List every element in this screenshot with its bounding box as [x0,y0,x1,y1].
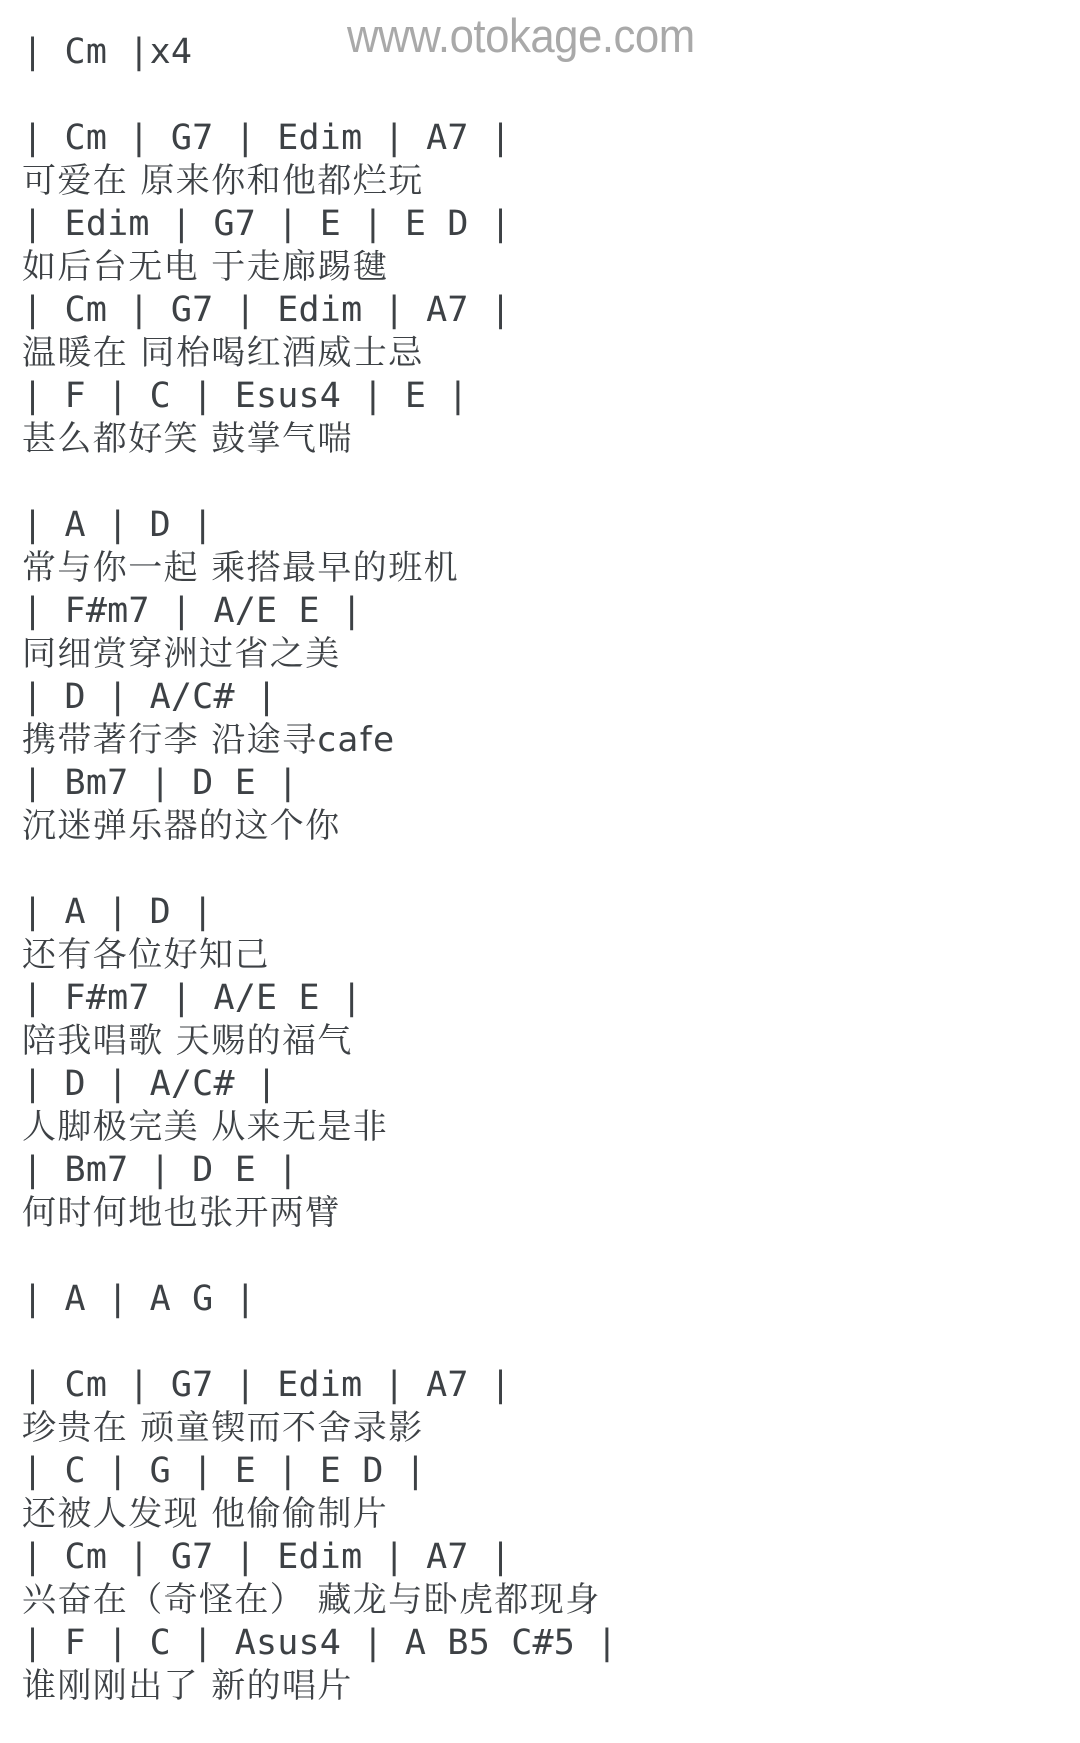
chord-line: | A | D | [22,891,618,934]
lyric-line: 珍贵在 顽童锲而不舍录影 [22,1407,618,1450]
lyric-line: 还被人发现 他偷偷制片 [22,1493,618,1536]
lyric-line: 陪我唱歌 天赐的福气 [22,1020,618,1063]
chord-line: | Bm7 | D E | [22,762,618,805]
blank-line [22,74,618,117]
blank-line [22,1321,618,1364]
lyric-line: 还有各位好知己 [22,934,618,977]
lyric-line: 谁刚刚出了 新的唱片 [22,1665,618,1708]
blank-line [22,461,618,504]
chord-line: | Cm | G7 | Edim | A7 | [22,117,618,160]
lyric-line: 人脚极完美 从来无是非 [22,1106,618,1149]
chord-line: | F | C | Esus4 | E | [22,375,618,418]
chord-line: | F | C | Asus4 | A B5 C#5 | [22,1622,618,1665]
chord-line: | D | A/C# | [22,1063,618,1106]
blank-line [22,848,618,891]
lyric-line: 沉迷弹乐器的这个你 [22,805,618,848]
chord-line: | A | D | [22,504,618,547]
chord-line-intro: | Cm |x4 [22,31,618,74]
lyric-line: 温暖在 同枱喝红酒威士忌 [22,332,618,375]
lyric-line: 可爱在 原来你和他都烂玩 [22,160,618,203]
chord-line: | F#m7 | A/E E | [22,590,618,633]
chord-line: | Cm | G7 | Edim | A7 | [22,1536,618,1579]
lyric-line: 携带著行李 沿途寻cafe [22,719,618,762]
chord-line: | Edim | G7 | E | E D | [22,203,618,246]
lyric-line: 常与你一起 乘搭最早的班机 [22,547,618,590]
chord-line: | Cm | G7 | Edim | A7 | [22,289,618,332]
lyric-line: 何时何地也张开两臂 [22,1192,618,1235]
chord-line: | Cm | G7 | Edim | A7 | [22,1364,618,1407]
lyric-line: 如后台无电 于走廊踢毽 [22,246,618,289]
lyric-line: 兴奋在（奇怪在） 藏龙与卧虎都现身 [22,1579,618,1622]
chord-line: | Bm7 | D E | [22,1149,618,1192]
chord-line: | D | A/C# | [22,676,618,719]
chord-line: | C | G | E | E D | [22,1450,618,1493]
blank-line [22,1235,618,1278]
lyric-line: 同细赏穿洲过省之美 [22,633,618,676]
chord-line-interlude: | A | A G | [22,1278,618,1321]
lyric-line: 甚么都好笑 鼓掌气喘 [22,418,618,461]
chord-line: | F#m7 | A/E E | [22,977,618,1020]
chord-sheet: | Cm |x4 | Cm | G7 | Edim | A7 | 可爱在 原来你… [22,31,618,1708]
